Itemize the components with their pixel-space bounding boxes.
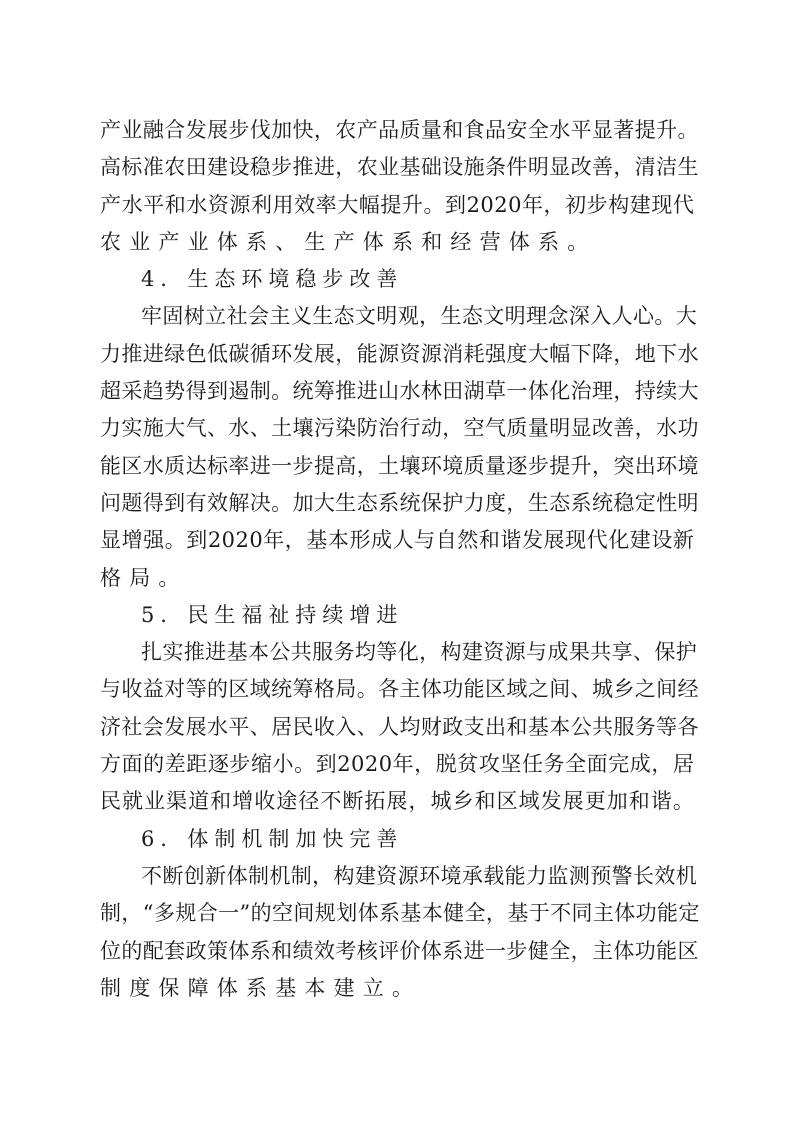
- text-line: 超 采 趋 势 得 到 遏 制 。 统 筹 推 进 山 水 林 田 湖 草 一 …: [100, 373, 694, 410]
- paragraph-livelihood: 扎 实 推 进 基 本 公 共 服 务 均 等 化 ， 构 建 资 源 与 成 …: [100, 634, 694, 820]
- text-line: 牢 固 树 立 社 会 主 义 生 态 文 明 观 ， 生 态 文 明 理 念 …: [100, 298, 694, 335]
- paragraph-ecology: 牢 固 树 立 社 会 主 义 生 态 文 明 观 ， 生 态 文 明 理 念 …: [100, 298, 694, 596]
- text-line: 与 收 益 对 等 的 区 域 统 筹 格 局 。 各 主 体 功 能 区 域 …: [100, 671, 694, 708]
- text-line: 格局。: [100, 560, 694, 597]
- text-line: 扎 实 推 进 基 本 公 共 服 务 均 等 化 ， 构 建 资 源 与 成 …: [100, 634, 694, 671]
- section-heading-ecology: 4．生态环境稳步改善: [100, 261, 694, 298]
- paragraph-institutions: 不 断 创 新 体 制 机 制 ， 构 建 资 源 环 境 承 载 能 力 监 …: [100, 858, 694, 1007]
- text-line: 方 面 的 差 距 逐 步 缩 小 。 到 2 0 2 0 年 ， 脱 贫 攻 …: [100, 746, 694, 783]
- text-line: 高 标 准 农 田 建 设 稳 步 推 进 ， 农 业 基 础 设 施 条 件 …: [100, 149, 694, 186]
- text-line: 能 区 水 质 达 标 率 进 一 步 提 高 ， 土 壤 环 境 质 量 逐 …: [100, 448, 694, 485]
- text-line: 济 社 会 发 展 水 平 、 居 民 收 入 、 人 均 财 政 支 出 和 …: [100, 709, 694, 746]
- text-line: 力 实 施 大 气 、 水 、 土 壤 污 染 防 治 行 动 ， 空 气 质 …: [100, 410, 694, 447]
- text-line: 农业产业体系、生产体系和经营体系。: [100, 224, 694, 261]
- text-line: 力 推 进 绿 色 低 碳 循 环 发 展 ， 能 源 资 源 消 耗 强 度 …: [100, 336, 694, 373]
- text-line: 民 就 业 渠 道 和 增 收 途 径 不 断 拓 展 ， 城 乡 和 区 域 …: [100, 783, 694, 820]
- text-line: 显 增 强 。 到 2 0 2 0 年 ， 基 本 形 成 人 与 自 然 和 …: [100, 522, 694, 559]
- paragraph-agriculture-continuation: 产 业 融 合 发 展 步 伐 加 快 ， 农 产 品 质 量 和 食 品 安 …: [100, 112, 694, 261]
- document-page: 产 业 融 合 发 展 步 伐 加 快 ， 农 产 品 质 量 和 食 品 安 …: [100, 112, 694, 1007]
- text-line: 不 断 创 新 体 制 机 制 ， 构 建 资 源 环 境 承 载 能 力 监 …: [100, 858, 694, 895]
- section-heading-livelihood: 5．民生福祉持续增进: [100, 597, 694, 634]
- section-heading-institutions: 6．体制机制加快完善: [100, 821, 694, 858]
- text-line: 产 水 平 和 水 资 源 利 用 效 率 大 幅 提 升 。 到 2 0 2 …: [100, 187, 694, 224]
- text-line: 位 的 配 套 政 策 体 系 和 绩 效 考 核 评 价 体 系 进 一 步 …: [100, 933, 694, 970]
- text-line: 制度保障体系基本建立。: [100, 970, 694, 1007]
- text-line: 产 业 融 合 发 展 步 伐 加 快 ， 农 产 品 质 量 和 食 品 安 …: [100, 112, 694, 149]
- text-line: 问 题 得 到 有 效 解 决 。 加 大 生 态 系 统 保 护 力 度 ， …: [100, 485, 694, 522]
- text-line: 制 ， “ 多 规 合 一 ” 的 空 间 规 划 体 系 基 本 健 全 ， …: [100, 895, 694, 932]
